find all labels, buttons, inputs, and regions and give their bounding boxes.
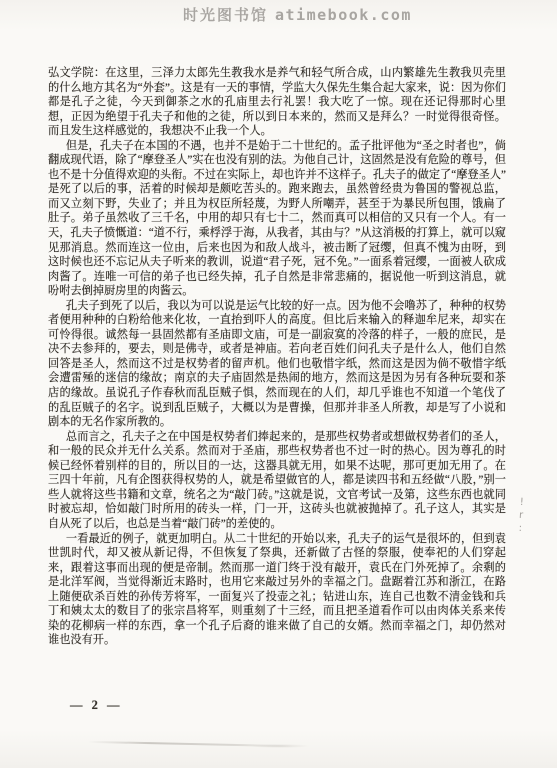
- page-number: — 2 —: [70, 698, 123, 713]
- paragraph-continuation: 弘文学院：在这里，三泽力太郎先生教我水是养气和轻气所合成，山内繁雄先生教我贝壳里…: [48, 66, 506, 139]
- paragraph: 但是，孔夫子在本国的不遇，也并不是始于二十世纪的。孟子批评他为“圣之时者也”，倘…: [48, 139, 506, 299]
- paragraph: 孔夫子到死了以后，我以为可以说是运气比较的好一点。因为他不会噜苏了，种种的权势者…: [48, 299, 506, 430]
- paragraph: 总而言之，孔夫子之在中国是权势者们捧起来的，是那些权势者或想做权势者们的圣人，和…: [48, 430, 506, 532]
- pencil-mark: :: [518, 523, 522, 535]
- scan-smudge: [250, 744, 310, 748]
- watermark-site-url: atimebook.com: [275, 6, 412, 24]
- scanned-book-page: 时光图书馆atimebook.com 弘文学院：在这里，三泽力太郎先生教我水是养…: [0, 0, 557, 768]
- paragraph: 一看最近的例子，就更加明白。从二十世纪的开始以来，孔夫子的运气是很坏的，但到袁世…: [48, 532, 506, 648]
- watermark: 时光图书馆atimebook.com: [183, 4, 412, 25]
- article-text-block: 弘文学院：在这里，三泽力太郎先生教我水是养气和轻气所合成，山内繁雄先生教我贝壳里…: [48, 66, 506, 648]
- pencil-mark: r: [519, 510, 524, 522]
- margin-pencil-marks: ! r :: [513, 497, 529, 536]
- pencil-mark: !: [519, 497, 524, 509]
- watermark-site-name: 时光图书馆: [183, 6, 268, 24]
